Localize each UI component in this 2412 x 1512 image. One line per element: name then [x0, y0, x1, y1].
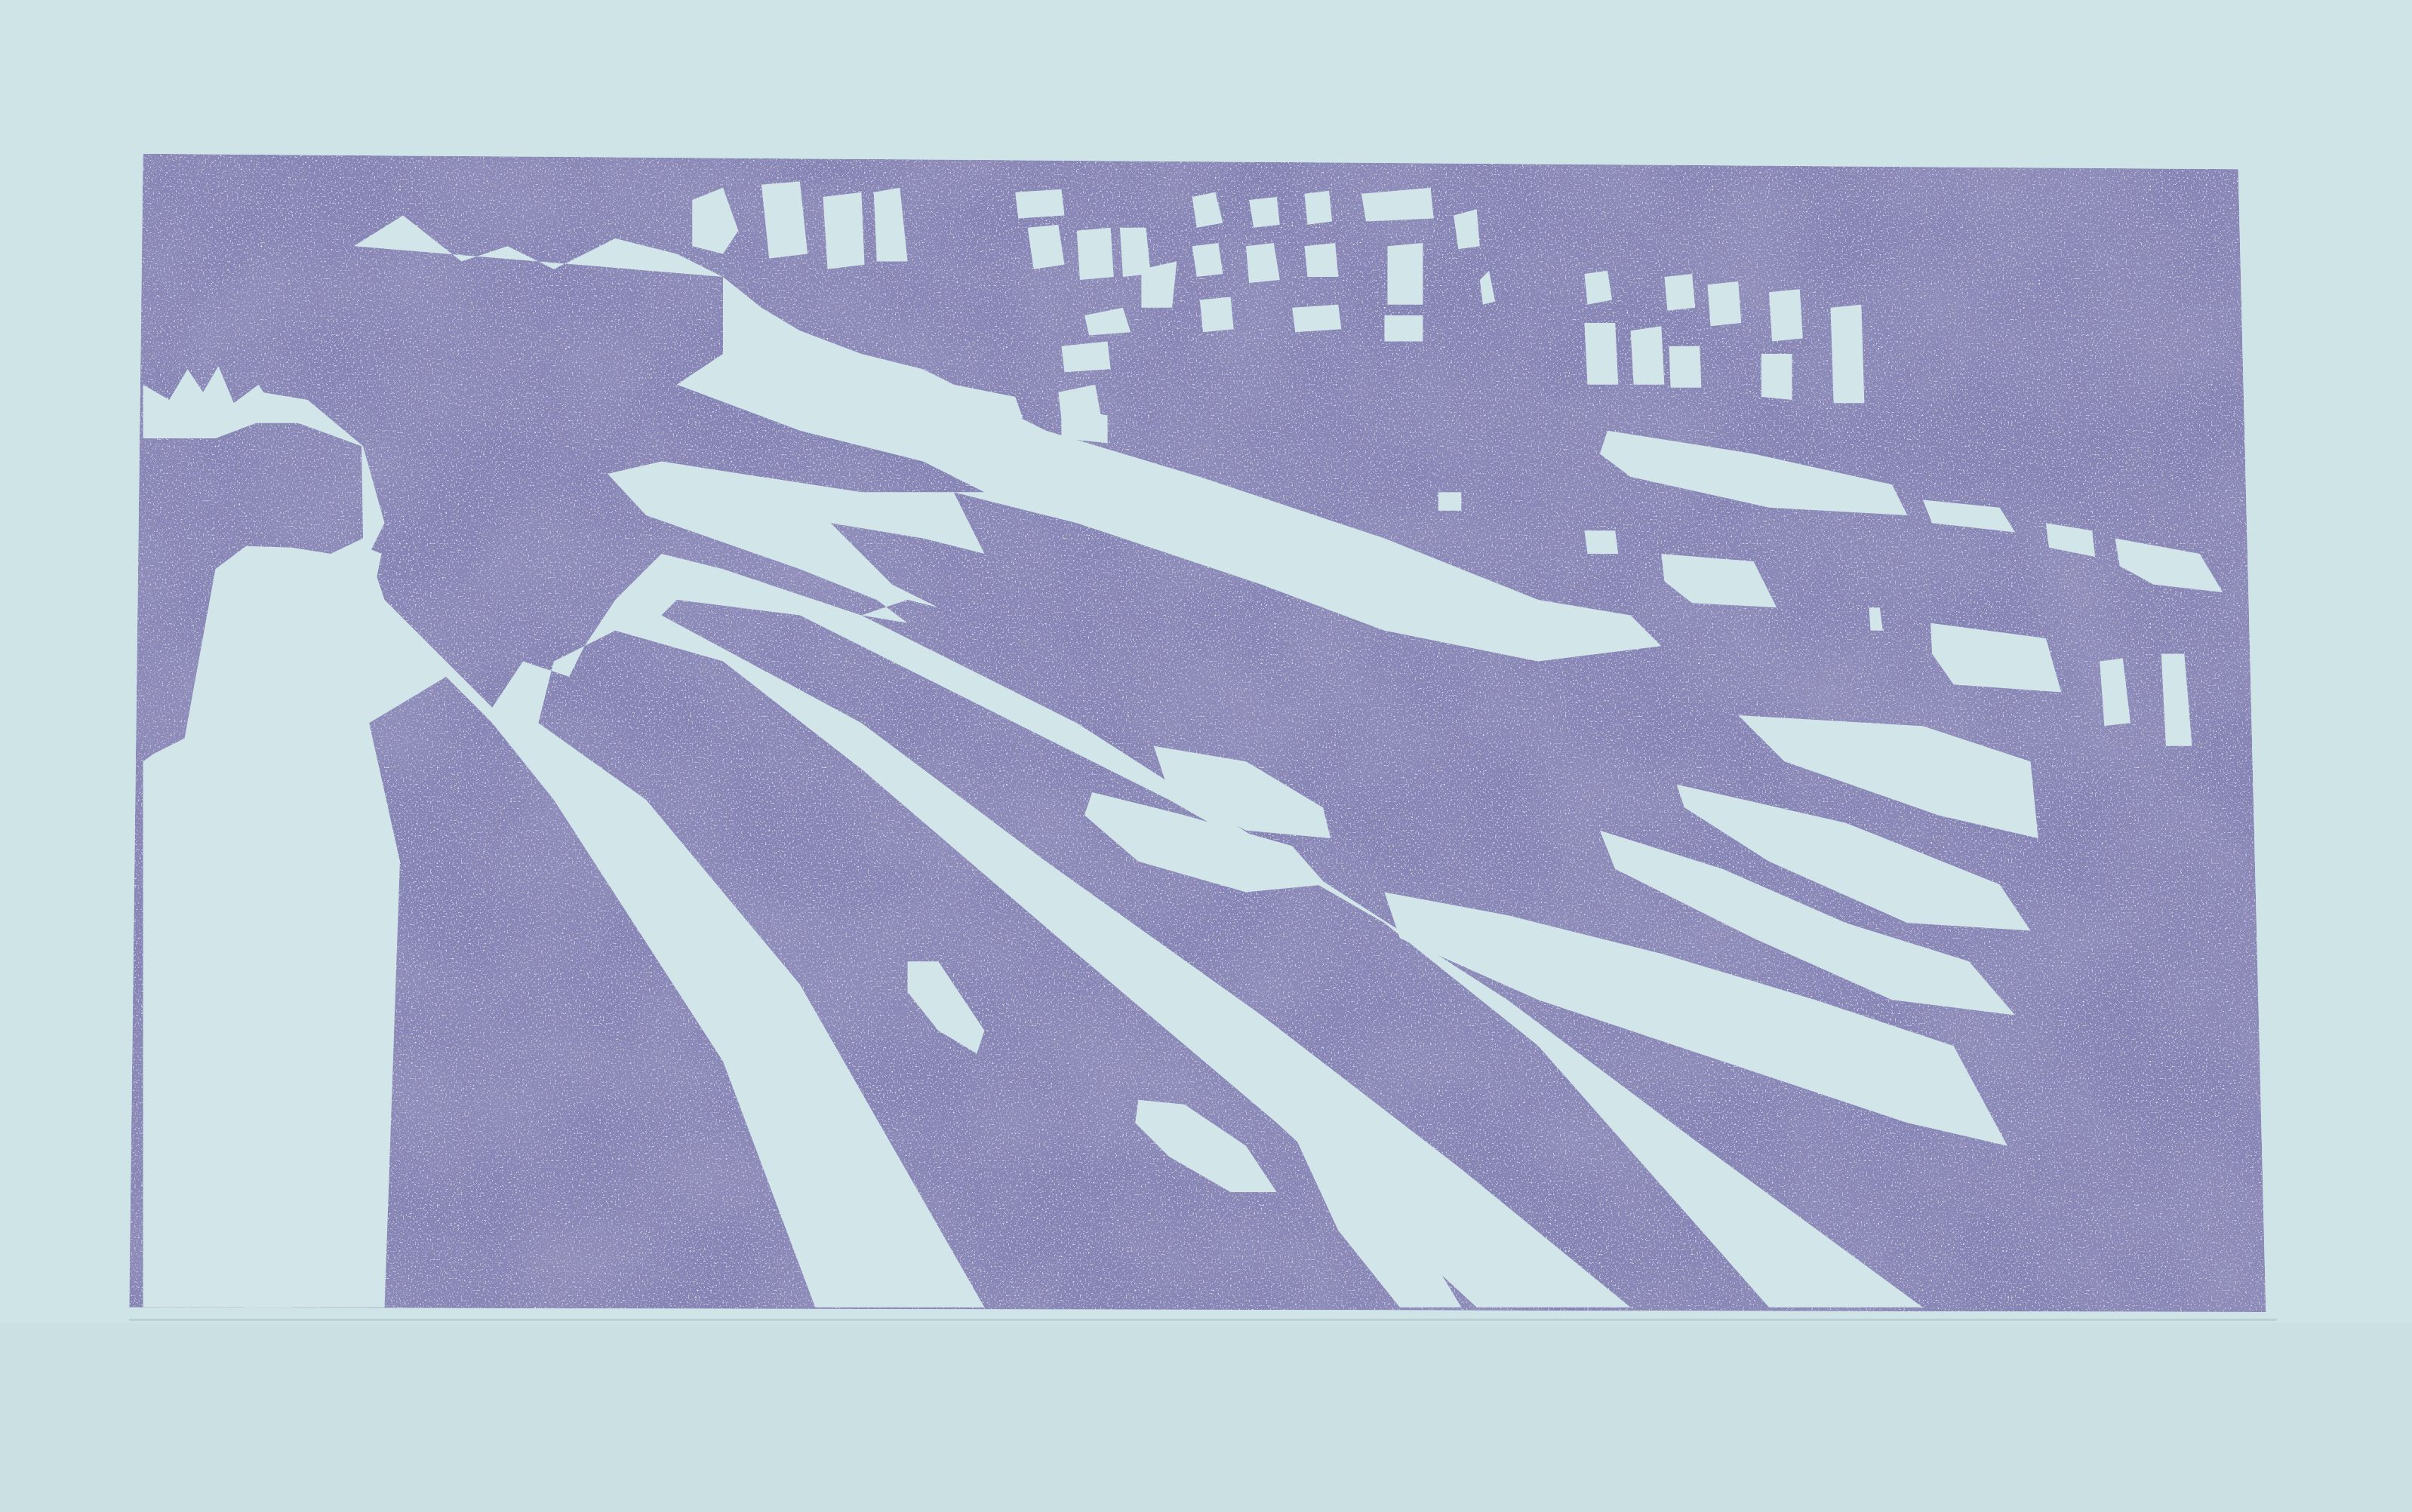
paper-lower-shade [0, 1323, 2412, 1512]
sunlit-patch [1388, 243, 1423, 305]
sunlit-patch [1141, 262, 1177, 308]
sunlit-patch [1061, 342, 1110, 373]
sunlit-patch [1304, 243, 1338, 277]
sunlit-patch [1584, 530, 1618, 554]
sunlit-patch [1664, 274, 1695, 311]
sunlit-patch [1454, 209, 1480, 249]
sunlit-patch [823, 192, 864, 269]
sunlit-patch [1707, 281, 1741, 326]
sunlit-patch [1831, 305, 1865, 403]
sunlit-patch [1192, 243, 1223, 277]
sunlit-patch [1028, 225, 1065, 269]
sunlit-patch [761, 182, 808, 259]
sunlit-patch [1200, 297, 1234, 332]
sunlit-patch [1584, 271, 1612, 305]
plate-area [123, 146, 2277, 1323]
sunlit-patch [1304, 191, 1332, 225]
sunlit-patch [1292, 305, 1341, 333]
sunlit-patch [1015, 189, 1064, 219]
sunlit-patch [1631, 326, 1665, 384]
sunlit-patch [1249, 197, 1280, 228]
aquatint-print [0, 0, 2412, 1512]
sunlit-patch [1761, 354, 1792, 400]
sunlit-patch [1584, 323, 1618, 385]
sunlit-patch [1064, 403, 1086, 431]
sunlit-patch [1077, 228, 1114, 280]
sunlit-patch [1769, 289, 1803, 341]
sunlit-patch [1384, 315, 1423, 342]
sunlit-patch [1669, 346, 1702, 388]
sunlit-patch [1438, 492, 1462, 510]
